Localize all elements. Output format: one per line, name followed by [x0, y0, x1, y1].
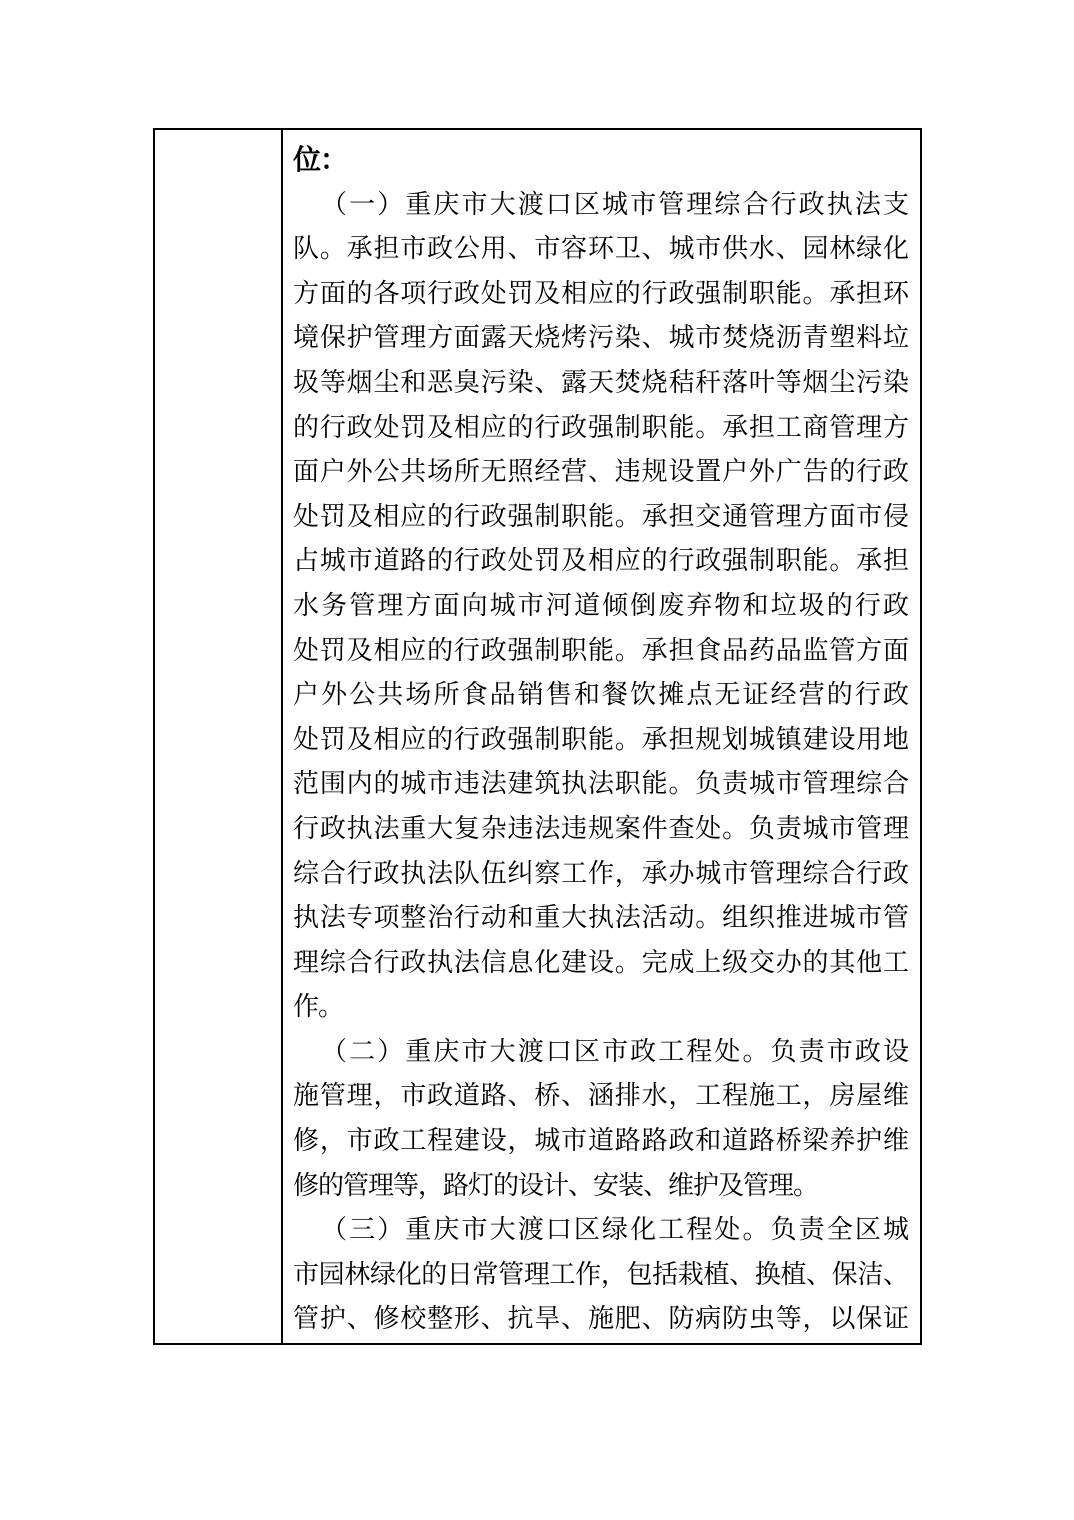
text-line: 户外公共场所食品销售和餐饮摊点无证经营的行政	[293, 673, 908, 718]
text-line: 理综合行政执法信息化建设。完成上级交办的其他工	[293, 941, 908, 986]
document-page: 位：（一）重庆市大渡口区城市管理综合行政执法支队。承担市政公用、市容环卫、城市供…	[0, 0, 1074, 1520]
text-line: 占城市道路的行政处罚及相应的行政强制职能。承担	[293, 539, 908, 584]
text-line: 境保护管理方面露天烧烤污染、城市焚烧沥青塑料垃	[293, 316, 908, 361]
text-line: 管护、修校整形、抗旱、施肥、防病防虫等，以保证	[293, 1297, 908, 1342]
document-table: 位：（一）重庆市大渡口区城市管理综合行政执法支队。承担市政公用、市容环卫、城市供…	[153, 128, 922, 1345]
text-line: 面户外公共场所无照经营、违规设置户外广告的行政	[293, 450, 908, 495]
text-line: 范围内的城市违法建筑执法职能。负责城市管理综合	[293, 762, 908, 807]
text-line: 修的管理等，路灯的设计、安装、维护及管理。	[293, 1164, 908, 1209]
text-line: 方面的各项行政处罚及相应的行政强制职能。承担环	[293, 272, 908, 317]
table-cell-left-empty	[155, 130, 283, 1343]
text-line: 作。	[293, 985, 908, 1030]
text-line: （二）重庆市大渡口区市政工程处。负责市政设	[293, 1030, 908, 1075]
text-line: 圾等烟尘和恶臭污染、露天焚烧秸秆落叶等烟尘污染	[293, 361, 908, 406]
text-line: （一）重庆市大渡口区城市管理综合行政执法支	[293, 183, 908, 228]
text-line: 处罚及相应的行政强制职能。承担规划城镇建设用地	[293, 718, 908, 763]
text-line: 水务管理方面向城市河道倾倒废弃物和垃圾的行政	[293, 584, 908, 629]
text-line: 处罚及相应的行政强制职能。承担交通管理方面市侵	[293, 495, 908, 540]
text-line: 市园林绿化的日常管理工作，包括栽植、换植、保洁、	[293, 1253, 908, 1298]
text-line: 位：	[293, 138, 908, 183]
text-line: 执法专项整治行动和重大执法活动。组织推进城市管	[293, 896, 908, 941]
text-line: 的行政处罚及相应的行政强制职能。承担工商管理方	[293, 406, 908, 451]
table-cell-body-text: 位：（一）重庆市大渡口区城市管理综合行政执法支队。承担市政公用、市容环卫、城市供…	[283, 130, 920, 1343]
text-line: 队。承担市政公用、市容环卫、城市供水、园林绿化	[293, 227, 908, 272]
text-line: （三）重庆市大渡口区绿化工程处。负责全区城	[293, 1208, 908, 1253]
text-line: 处罚及相应的行政强制职能。承担食品药品监管方面	[293, 629, 908, 674]
text-line: 行政执法重大复杂违法违规案件查处。负责城市管理	[293, 807, 908, 852]
text-line: 修，市政工程建设，城市道路路政和道路桥梁养护维	[293, 1119, 908, 1164]
text-line: 综合行政执法队伍纠察工作，承办城市管理综合行政	[293, 852, 908, 897]
text-line: 施管理，市政道路、桥、涵排水，工程施工，房屋维	[293, 1074, 908, 1119]
